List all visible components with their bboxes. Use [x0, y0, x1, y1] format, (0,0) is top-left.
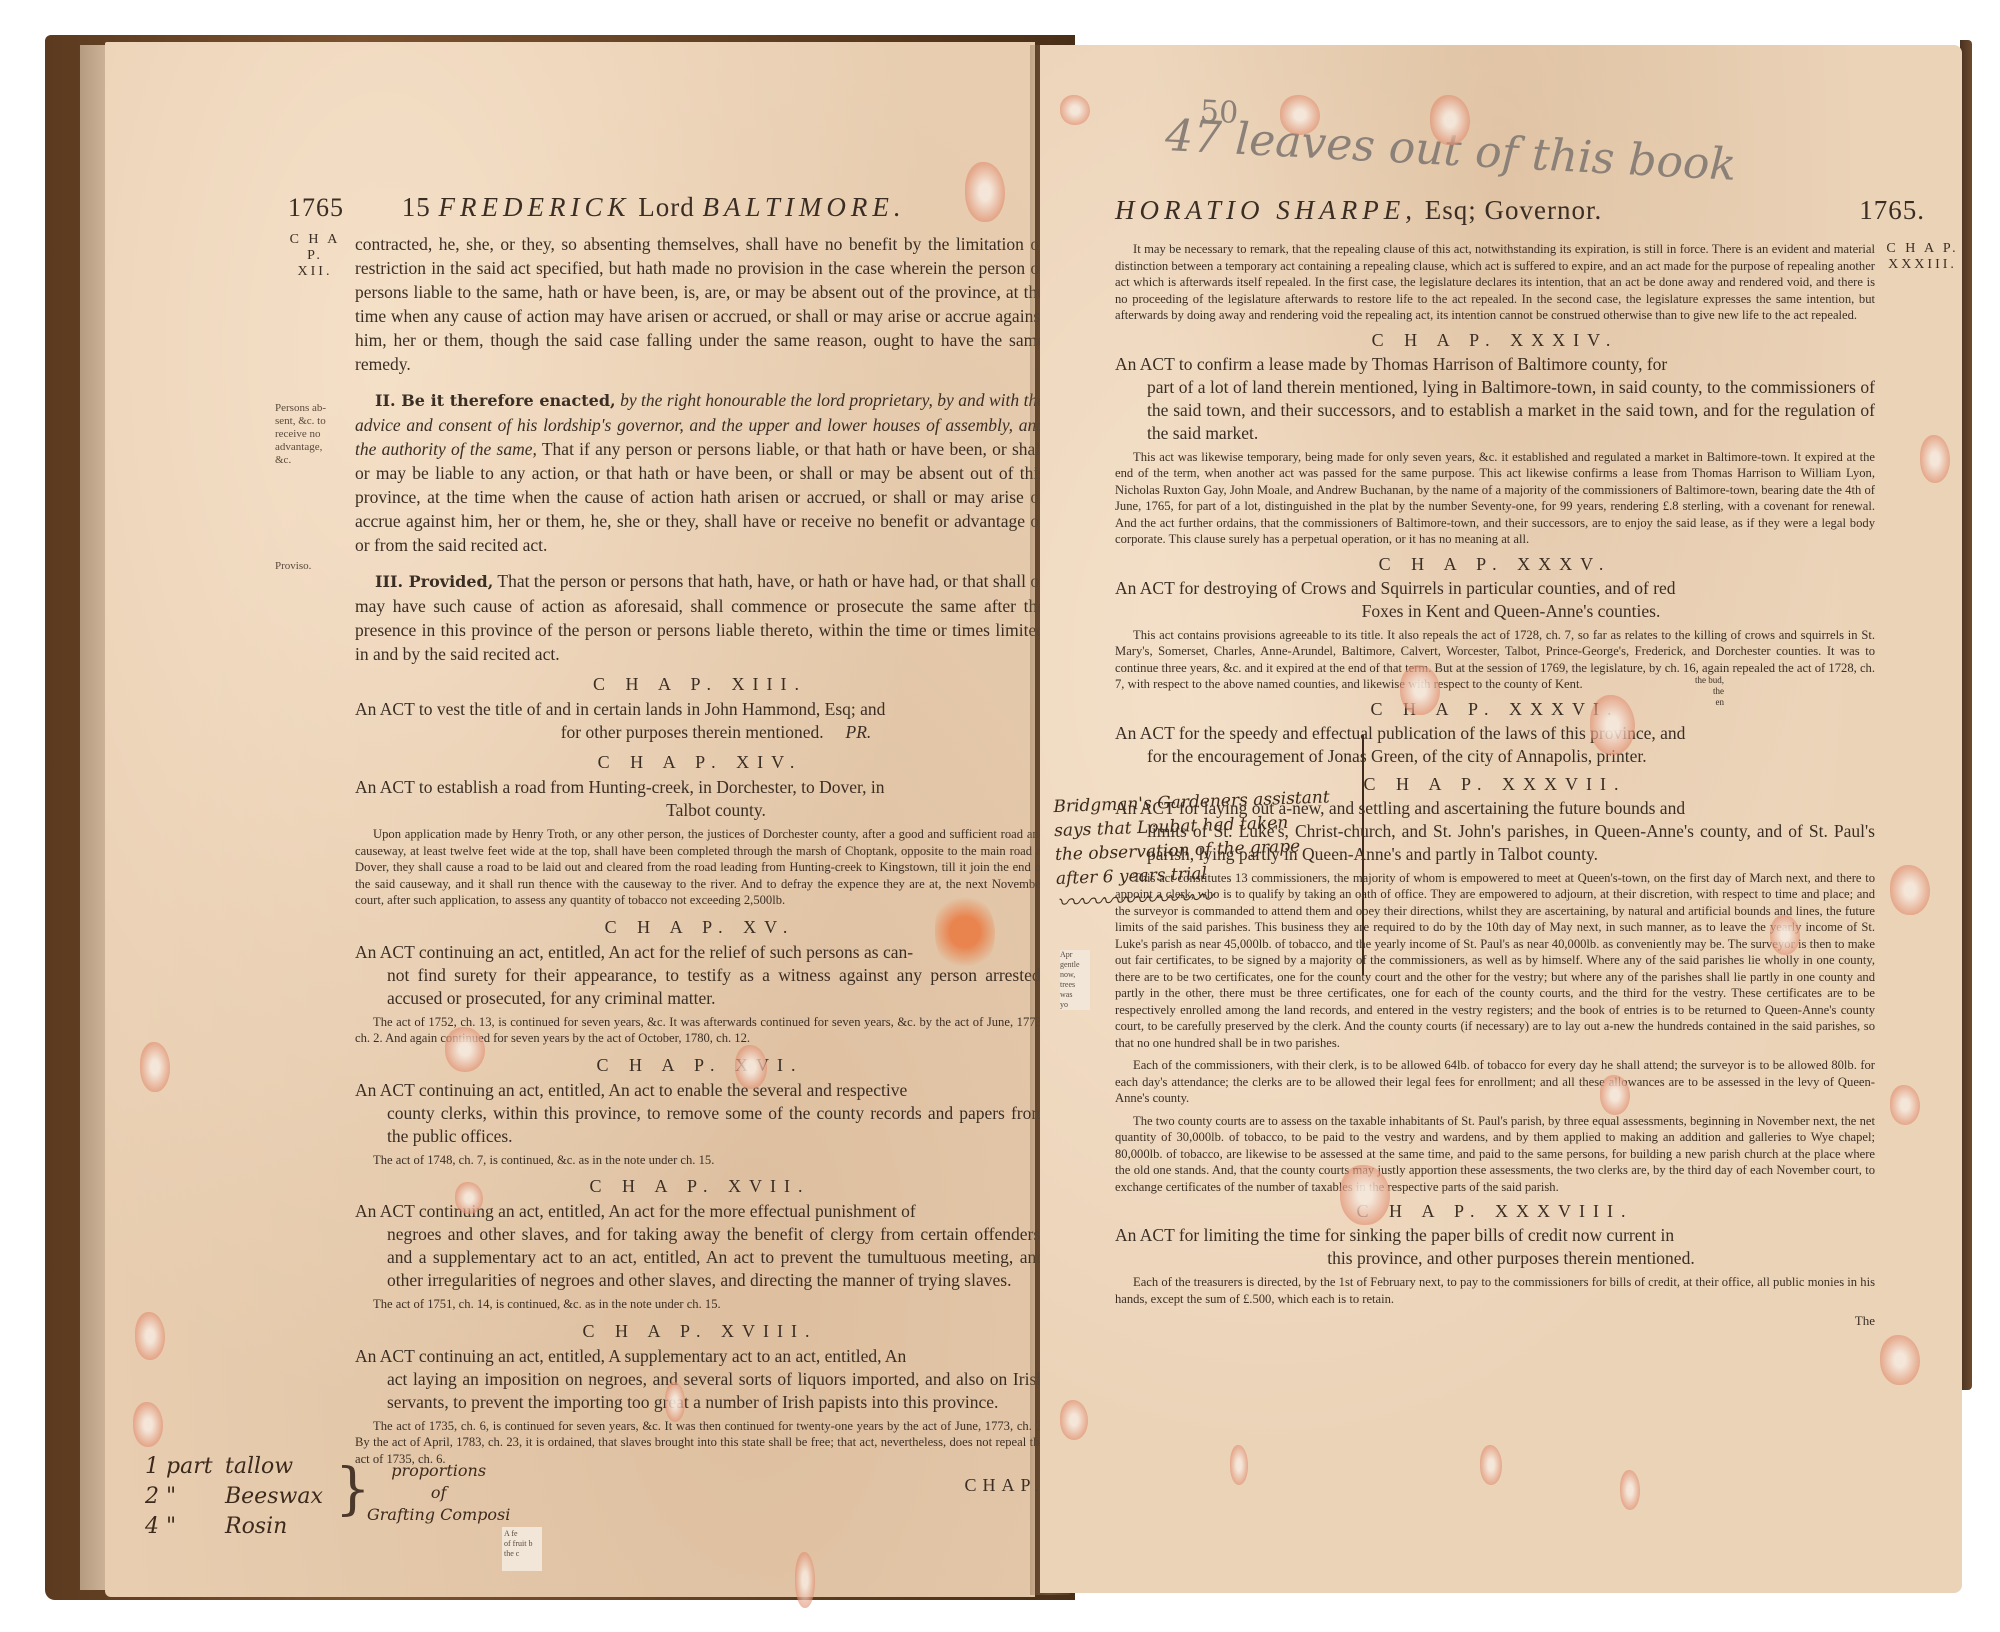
margin-note-persons-absent: Persons ab- sent, &c. to receive no adva…	[275, 402, 343, 467]
page-year: 1765	[288, 193, 344, 222]
stain	[1590, 695, 1635, 755]
bracket-note-line: of	[367, 1482, 510, 1504]
private-act-mark: PR.	[846, 722, 872, 742]
recipe-line: 4 "Rosin	[145, 1512, 323, 1542]
margin-chap-label: C H A P. XII.	[280, 232, 350, 280]
stain	[1880, 1335, 1920, 1385]
recipe-qty: 2 "	[145, 1482, 225, 1512]
editor-note: This act was likewise temporary, being m…	[1115, 449, 1875, 548]
act-title-line: An ACT continuing an act, entitled, A su…	[355, 1346, 906, 1366]
running-head-governor: Esq; Governor.	[1425, 195, 1602, 225]
chapter-heading: C H A P. XIV.	[355, 750, 1045, 774]
stain	[1620, 1470, 1640, 1510]
stain	[1400, 665, 1440, 715]
stain	[1230, 1445, 1248, 1485]
chapter-heading: C H A P. XIII.	[355, 672, 1045, 696]
stain	[665, 1382, 685, 1422]
margin-chap-number: XXXIII.	[1885, 257, 1960, 273]
stain	[1600, 1075, 1630, 1115]
continuation-paragraph: contracted, he, she, or they, so absenti…	[355, 232, 1045, 376]
stain	[1430, 95, 1470, 145]
act-title-line: An ACT for limiting the time for sinking…	[1115, 1225, 1674, 1245]
running-head-baltimore: BALTIMORE.	[702, 192, 905, 222]
running-head-horatio-sharpe: HORATIO SHARPE,	[1115, 195, 1417, 225]
act-title-line: An ACT continuing an act, entitled, An a…	[355, 942, 913, 962]
act-title: An ACT continuing an act, entitled, An a…	[355, 1200, 1045, 1292]
right-text-column: It may be necessary to remark, that the …	[1115, 241, 1875, 1329]
pasted-paper-fragment: A fe of fruit b the c	[502, 1527, 542, 1571]
margin-chap-label: C H A P. XXXIII.	[1885, 241, 1960, 273]
section-3-paragraph: III. Provided, That the person or person…	[355, 569, 1045, 666]
left-running-head: 1765 15 FREDERICK Lord BALTIMORE.	[288, 192, 906, 223]
pasted-paper-fragment: Apr gentle now, trees was yo	[1060, 950, 1090, 1010]
stain	[1340, 1165, 1390, 1225]
chapter-xxxiv: C H A P. XXXIV. An ACT to confirm a leas…	[1115, 330, 1875, 548]
handwritten-vertical-line	[1362, 735, 1364, 975]
margin-note-proviso: Proviso.	[275, 560, 311, 573]
handwritten-margin-note: Bridgman's Gardeners assistant says that…	[1053, 785, 1347, 915]
chapter-heading: C H A P. XXXV.	[1115, 554, 1875, 575]
stain	[1890, 865, 1930, 915]
stain	[140, 1042, 170, 1092]
act-title-line: An ACT to confirm a lease made by Thomas…	[1115, 354, 1667, 374]
recipe-bracket-note: proportions of Grafting Composi	[367, 1460, 510, 1526]
editor-note: The act of 1748, ch. 7, is continued, &c…	[355, 1152, 1045, 1169]
act-title-line: An ACT continuing an act, entitled, An a…	[355, 1201, 916, 1221]
recipe-qty: 4 "	[145, 1512, 225, 1542]
bracket-note-line: Grafting Composi	[367, 1504, 510, 1526]
recipe-line: 1 parttallow	[145, 1452, 323, 1482]
chapter-xxxviii: C H A P. XXXVIII. An ACT for limiting th…	[1115, 1201, 1875, 1307]
stain	[445, 1027, 485, 1072]
chapter-heading: C H A P. XXXVI.	[1115, 699, 1875, 720]
act-title-line: An ACT to vest the title of and in certa…	[355, 699, 885, 719]
recipe-bracket: }	[335, 1450, 371, 1530]
stain	[935, 892, 995, 972]
editor-note-repealing-clause: It may be necessary to remark, that the …	[1115, 241, 1875, 324]
act-title-cont: for the encouragement of Jonas Green, of…	[1115, 745, 1875, 768]
chapter-heading: C H A P. XXXVIII.	[1115, 1201, 1875, 1222]
act-title-line: An ACT continuing an act, entitled, An a…	[355, 1080, 907, 1100]
act-title-cont: negroes and other slaves, and for taking…	[355, 1223, 1045, 1292]
editor-note: This act contains provisions agreeable t…	[1115, 627, 1875, 693]
chapter-heading: C H A P. XXXIV.	[1115, 330, 1875, 351]
stain	[1920, 435, 1950, 483]
stain	[1770, 915, 1800, 955]
act-title-cont-text: for other purposes therein mentioned.	[561, 722, 824, 742]
stain	[735, 1045, 767, 1089]
editor-note: The act of 1751, ch. 14, is continued, &…	[355, 1296, 1045, 1313]
act-title: An ACT for limiting the time for sinking…	[1115, 1224, 1875, 1270]
act-title: An ACT continuing an act, entitled, An a…	[355, 1079, 1045, 1148]
recipe-item: tallow	[225, 1454, 293, 1479]
chapter-xviii: C H A P. XVIII. An ACT continuing an act…	[355, 1319, 1045, 1468]
act-title-cont: county clerks, within this province, to …	[355, 1102, 1045, 1148]
act-title: An ACT continuing an act, entitled, A su…	[355, 1345, 1045, 1414]
chapter-xiii: C H A P. XIII. An ACT to vest the title …	[355, 672, 1045, 744]
regnal-year: 15	[402, 192, 431, 222]
stain	[1060, 1400, 1088, 1440]
left-page: 1765 15 FREDERICK Lord BALTIMORE. C H A …	[105, 42, 1035, 1597]
stain	[965, 162, 1005, 222]
editor-note: Upon application made by Henry Troth, or…	[355, 826, 1045, 909]
running-head-frederick: FREDERICK	[439, 192, 631, 222]
stain	[1480, 1445, 1502, 1485]
section-2-paragraph: II. Be it therefore enacted, by the righ…	[355, 388, 1045, 557]
left-text-column: contracted, he, she, or they, so absenti…	[355, 232, 1045, 1497]
chapter-xxxvi: C H A P. XXXVI. An ACT for the speedy an…	[1115, 699, 1875, 768]
margin-chap-number: XII.	[280, 264, 350, 280]
handwritten-recipe: 1 parttallow 2 "Beeswax 4 "Rosin	[145, 1452, 323, 1542]
pasted-paper-fragment: the bud, the en	[1690, 675, 1724, 725]
margin-chap: C H A P.	[280, 232, 350, 264]
act-title-line: An ACT to establish a road from Hunting-…	[355, 777, 884, 797]
section-2-lead: II. Be it therefore enacted,	[375, 391, 616, 410]
stain	[795, 1552, 815, 1608]
act-title-cont: act laying an imposition on negroes, and…	[355, 1368, 1045, 1414]
stain	[1890, 1085, 1920, 1125]
act-title-line: An ACT for destroying of Crows and Squir…	[1115, 578, 1676, 598]
recipe-qty: 1 part	[145, 1452, 225, 1482]
right-page: 50 47 leaves out of this book HORATIO SH…	[1040, 45, 1962, 1593]
recipe-item: Beeswax	[225, 1484, 323, 1509]
act-title: An ACT to establish a road from Hunting-…	[355, 776, 1045, 822]
stain	[1060, 95, 1090, 125]
chapter-xxxv: C H A P. XXXV. An ACT for destroying of …	[1115, 554, 1875, 693]
recipe-item: Rosin	[225, 1514, 287, 1539]
act-title-cont: part of a lot of land therein mentioned,…	[1115, 376, 1875, 445]
act-title-cont: for other purposes therein mentioned. PR…	[355, 721, 1045, 744]
act-title-cont: Talbot county.	[355, 799, 1045, 822]
act-title-cont: this province, and other purposes therei…	[1115, 1247, 1875, 1270]
act-title: An ACT to confirm a lease made by Thomas…	[1115, 353, 1875, 445]
act-title-cont: Foxes in Kent and Queen-Anne's counties.	[1115, 600, 1875, 623]
right-running-head: HORATIO SHARPE, Esq; Governor. 1765.	[1115, 195, 1900, 226]
stain	[135, 1312, 165, 1360]
act-title: An ACT for destroying of Crows and Squir…	[1115, 577, 1875, 623]
act-title: An ACT to vest the title of and in certa…	[355, 698, 1045, 744]
chapter-heading: C H A P. XVIII.	[355, 1319, 1045, 1343]
bracket-note-line: proportions	[367, 1460, 510, 1482]
margin-chap: C H A P.	[1885, 241, 1960, 257]
act-title-cont: not find surety for their appearance, to…	[355, 964, 1045, 1010]
editor-note: Each of the treasurers is directed, by t…	[1115, 1274, 1875, 1307]
chapter-xiv: C H A P. XIV. An ACT to establish a road…	[355, 750, 1045, 909]
page-year: 1765.	[1859, 195, 1925, 226]
running-head-lord: Lord	[638, 192, 694, 222]
stain	[1280, 95, 1320, 135]
stain	[455, 1182, 483, 1214]
catchword: The	[1115, 1313, 1875, 1329]
recipe-line: 2 "Beeswax	[145, 1482, 323, 1512]
editor-note: The two county courts are to assess on t…	[1115, 1113, 1875, 1196]
act-title: An ACT for the speedy and effectual publ…	[1115, 722, 1875, 768]
editor-note: Each of the commissioners, with their cl…	[1115, 1057, 1875, 1107]
stain	[133, 1402, 163, 1447]
section-3-lead: III. Provided,	[375, 572, 493, 591]
